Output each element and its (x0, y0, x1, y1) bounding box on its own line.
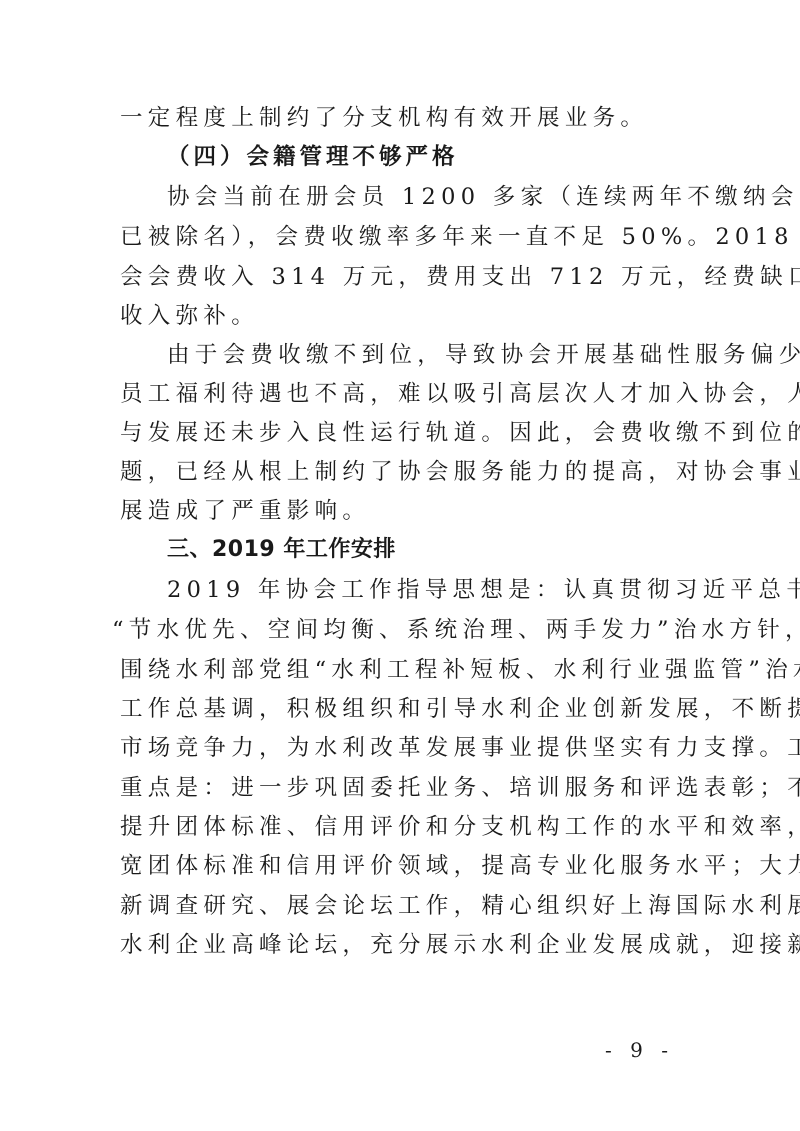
paragraph-first-line: 2019 年协会工作指导思想是：认真贯彻习近平总书记 (167, 575, 682, 605)
paragraph-first-line: 由于会费收缴不到位，导致协会开展基础性服务偏少， (167, 340, 682, 370)
body-text-line: 收入弥补。 (120, 301, 682, 331)
body-text-line: 与发展还未步入良性运行轨道。因此，会费收缴不到位的问 (120, 418, 682, 448)
body-text-line: 宽团体标准和信用评价领域，提高专业化服务水平；大力创 (120, 851, 682, 881)
body-text-line: 工作总基调，积极组织和引导水利企业创新发展，不断提高 (120, 694, 682, 724)
paragraph-first-line: 协会当前在册会员 1200 多家（连续两年不缴纳会费的 (167, 182, 682, 212)
body-text-line: 一定程度上制约了分支机构有效开展业务。 (120, 103, 682, 133)
page-number: - 9 - (605, 1038, 674, 1062)
body-text-line: 新调查研究、展会论坛工作，精心组织好上海国际水利展和 (120, 891, 682, 921)
body-text-line: “节水优先、空间均衡、系统治理、两手发力”治水方针， (112, 615, 682, 645)
subsection-heading: （四）会籍管理不够严格 (167, 142, 459, 172)
body-text-line: 围绕水利部党组“水利工程补短板、水利行业强监管”治水 (120, 655, 682, 685)
body-text-line: 重点是：进一步巩固委托业务、培训服务和评选表彰；不断 (120, 773, 682, 803)
body-text-line: 水利企业高峰论坛，充分展示水利企业发展成就，迎接新中 (120, 930, 682, 960)
body-text-line: 已被除名），会费收缴率多年来一直不足 50%。2018 年，协 (120, 222, 682, 252)
body-text-line: 市场竞争力，为水利改革发展事业提供坚实有力支撑。工作 (120, 733, 682, 763)
body-text-line: 展造成了严重影响。 (120, 496, 682, 526)
body-text-line: 会会费收入 314 万元，费用支出 712 万元，经费缺口由服务 (120, 262, 682, 292)
section-heading: 三、2019 年工作安排 (167, 535, 396, 565)
body-text-line: 员工福利待遇也不高，难以吸引高层次人才加入协会，人才 (120, 379, 682, 409)
body-text-line: 提升团体标准、信用评价和分支机构工作的水平和效率，拓 (120, 812, 682, 842)
document-page: 一定程度上制约了分支机构有效开展业务。 （四）会籍管理不够严格 协会当前在册会员… (0, 0, 800, 1131)
body-text-line: 题，已经从根上制约了协会服务能力的提高，对协会事业发 (120, 457, 682, 487)
